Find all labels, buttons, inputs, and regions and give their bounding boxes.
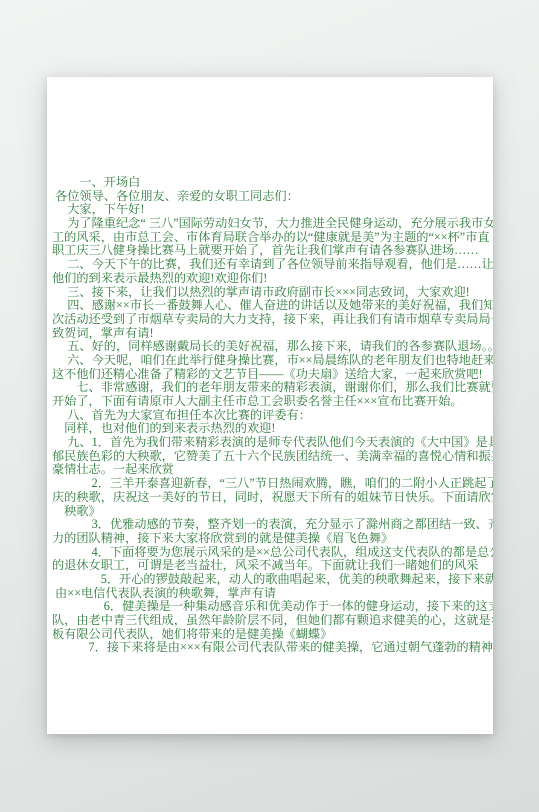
text-line: 同样，也对他们的到来表示热烈的欢迎! [52, 422, 493, 436]
text-line: 2．三羊开泰喜迎新春，“三八”节日热闹欢腾，瞧，咱们的二附小人正跳起了喜 [52, 477, 493, 491]
document-text-block: 一、开场白 各位领导、各位朋友、亲爱的女职工同志们： 大家，下午好! 为了隆重纪… [52, 176, 493, 655]
text-line: 一、开场白 [52, 176, 493, 190]
text-line: 二、今天下午的比赛，我们还有幸请到了各位领导前来指导观看，他们是……让我们对 [52, 258, 493, 272]
text-line: 7．接下来将是由×××有限公司代表队带来的健美操，它通过朝气蓬勃的精神风貌 [52, 641, 493, 655]
text-line: 工的风采，由市总工会、市体育局联合举办的以“健康就是美”为主题的“××杯”市直 [52, 231, 493, 245]
text-line: 三、接下来，让我们以热烈的掌声请市政府副市长×××同志致词，大家欢迎! [52, 286, 493, 300]
text-line: 4．下面将要为您展示风采的是××总公司代表队，组成这支代表队的都是总公司 [52, 546, 493, 560]
text-line: 6．健美操是一种集动感音乐和优美动作于一体的健身运动，接下来的这支代表 [52, 600, 493, 614]
text-line: 六、今天呢，咱们在此举行健身操比赛，市××局晨练队的老年朋友们也特地赶来助兴， [52, 354, 493, 368]
text-line: 3．优雅动感的节奏，整齐划一的表演，充分显示了滁州商之都团结一致、齐心协 [52, 518, 493, 532]
text-line: 五、好的，同样感谢戴局长的美好祝福，那么接下来，请我们的各参赛队退场。。 [52, 340, 493, 354]
text-line: 开始了，下面有请原市人大副主任市总工会职委名誉主任×××宣布比赛开始。 [52, 395, 493, 409]
text-line: 职工庆三八健身操比赛马上就要开始了，首先让我们掌声有请各参赛队进场…… [52, 244, 493, 258]
backdrop: 一、开场白 各位领导、各位朋友、亲爱的女职工同志们： 大家，下午好! 为了隆重纪… [0, 0, 539, 812]
text-line: 这不他们还精心准备了精彩的文艺节目——《功夫扇》送给大家，一起来欣赏吧! [52, 368, 493, 382]
text-line: 力的团队精神，接下来大家将欣赏到的就是健美操《眉飞色舞》 [52, 532, 493, 546]
document-page: 一、开场白 各位领导、各位朋友、亲爱的女职工同志们： 大家，下午好! 为了隆重纪… [47, 77, 493, 734]
text-line: 队，由老中青三代组成，虽然年龄阶层不同，但她们都有颗追求健美的心，这就是××地 [52, 614, 493, 628]
text-line: 八、首先为大家宣布担任本次比赛的评委有： [52, 409, 493, 423]
text-line: 庆的秧歌，庆祝这一美好的节日，同时，祝愿天下所有的姐妹节日快乐。下面请欣赏《闹 [52, 491, 493, 505]
text-line: 他们的到来表示最热烈的欢迎!欢迎你们! [52, 272, 493, 286]
text-line: 由××电信代表队表演的秧歌舞，掌声有请 [52, 587, 493, 601]
text-line: 秧歌》 [52, 505, 493, 519]
text-line: 豪情壮志。一起来欣赏 [52, 463, 493, 477]
text-line: 七、非常感谢，我们的老年朋友带来的精彩表演，谢谢你们，那么我们比赛就要正式 [52, 381, 493, 395]
text-line: 致贺词，掌声有请! [52, 327, 493, 341]
text-line: 为了隆重纪念“ 三八”国际劳动妇女节，大力推进全民健身运动，充分展示我市女职 [52, 217, 493, 231]
text-line: 次活动还受到了市烟草专卖局的大力支持，接下来，再让我们有请市烟草专卖局局长××× [52, 313, 493, 327]
text-line: 各位领导、各位朋友、亲爱的女职工同志们： [52, 190, 493, 204]
text-line: 郁民族色彩的大秧歌，它赞美了五十六个民族团结统一、美满幸福的喜悦心情和振兴中华的 [52, 450, 493, 464]
text-line: 板有限公司代表队，她们将带来的是健美操《蝴蝶》 [52, 628, 493, 642]
text-line: 的退休女职工，可谓是老当益壮，风采不减当年。下面就让我们一睹她们的风采 [52, 559, 493, 573]
text-line: 四、感谢××市长一番鼓舞人心、催人奋进的讲话以及她带来的美好祝福，我们知道本 [52, 299, 493, 313]
text-line: 5．开心的锣鼓敲起来，动人的歌曲唱起来，优美的秧歌舞起来，接下来就请欣 [52, 573, 493, 587]
text-line: 大家，下午好! [52, 203, 493, 217]
text-line: 九、1．首先为我们带来精彩表演的是师专代表队他们今天表演的《大中国》是具有浓 [52, 436, 493, 450]
